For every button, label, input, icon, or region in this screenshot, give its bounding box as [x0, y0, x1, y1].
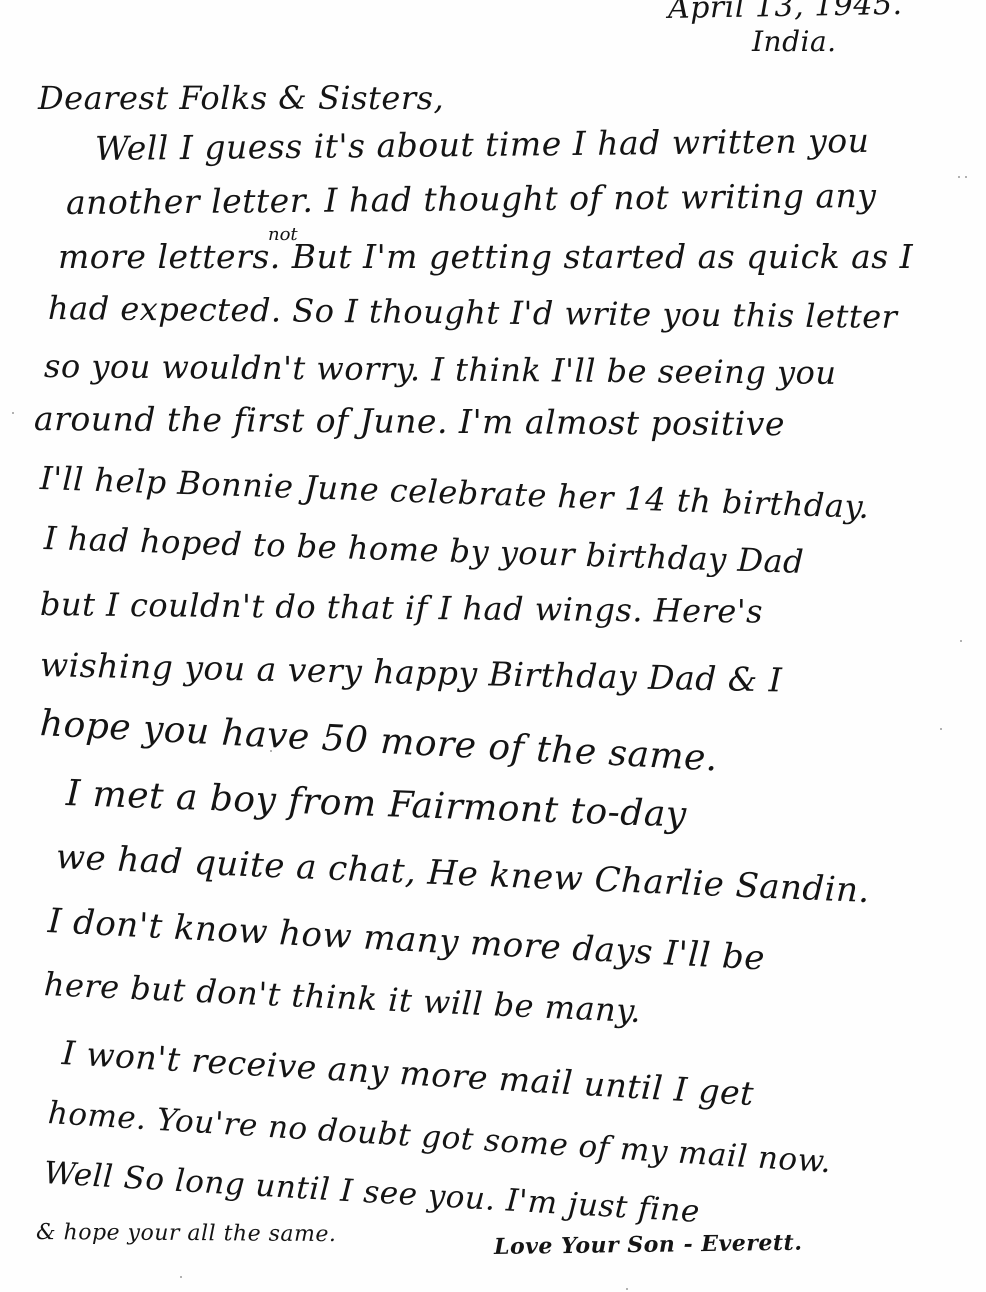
scan-speck [958, 176, 960, 178]
letter-line: hope you have 50 more of the same. [39, 706, 719, 777]
scan-speck [626, 1288, 628, 1290]
letter-date: April 13, 1945. [668, 0, 903, 24]
letter-line: so you wouldn't worry. I think I'll be s… [44, 350, 837, 389]
letter-line: around the first of June. I'm almost pos… [34, 402, 785, 440]
scan-speck [960, 640, 962, 642]
letter-line: I met a boy from Fairmont to-day [65, 776, 687, 834]
scan-speck [965, 176, 967, 178]
letter-line: I won't receive any more mail until I ge… [61, 1036, 755, 1110]
scan-speck [940, 728, 942, 730]
letter-line: here but don't think it will be many. [43, 968, 642, 1027]
letter-line: wishing you a very happy Birthday Dad & … [40, 648, 783, 697]
letter-line: we had quite a chat, He knew Charlie San… [55, 840, 870, 908]
scan-speck [12, 412, 14, 414]
letter-page: April 13, 1945. India. Dearest Folks & S… [0, 0, 986, 1292]
letter-line: another letter. I had thought of not wri… [66, 179, 877, 219]
scan-speck [270, 750, 272, 752]
letter-line: had expected. So I thought I'd write you… [48, 292, 898, 333]
letter-line: I don't know how many more days I'll be [47, 904, 766, 976]
scan-speck [180, 1276, 182, 1278]
letter-line: more letters. But I'm getting started as… [58, 240, 913, 273]
letter-postscript: & hope your all the same. [36, 1222, 337, 1246]
letter-line: I had hoped to be home by your birthday … [43, 522, 804, 578]
letter-salutation: Dearest Folks & Sisters, [38, 82, 444, 114]
letter-line: I'll help Bonnie June celebrate her 14 t… [39, 462, 870, 523]
letter-line: Well I guess it's about time I had writt… [95, 124, 870, 165]
letter-signature: Love Your Son - Everett. [494, 1232, 803, 1258]
letter-place: India. [752, 28, 837, 56]
letter-line: Well So long until I see you. I'm just f… [43, 1158, 701, 1228]
letter-line: but I couldn't do that if I had wings. H… [40, 588, 763, 628]
